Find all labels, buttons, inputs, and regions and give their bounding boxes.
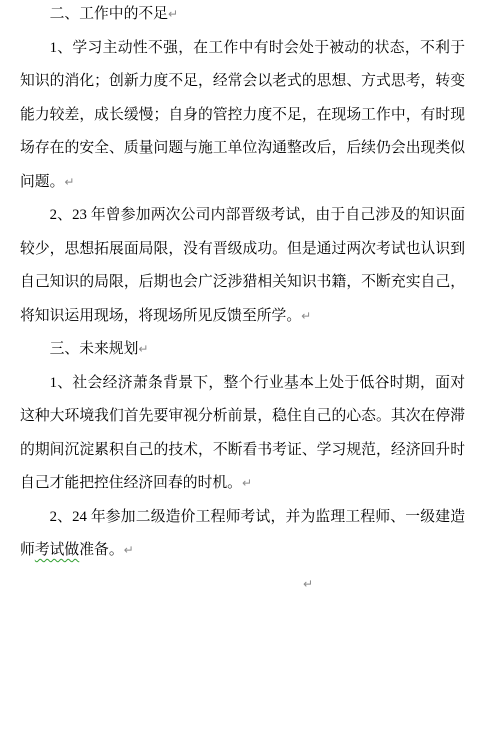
paragraph-mark-icon: ↵: [138, 342, 148, 356]
text-run: 1、学习主动性不强，在工作中有时会处于被动的状态，不利于知识的消化；创新力度不足…: [20, 40, 465, 190]
paragraph-plan-2: 2、24 年参加二级造价工程师考试，并为监理工程师、一级建造师考试做准备。↵: [20, 501, 465, 568]
paragraph-shortcoming-2: 2、23 年曾参加两次公司内部晋级考试，由于自己涉及的知识面较少，思想拓展面局限…: [20, 199, 465, 333]
text-run: 2、23 年曾参加两次公司内部晋级考试，由于自己涉及的知识面较少，思想拓展面局限…: [20, 207, 465, 324]
grammar-squiggle-text: 考试做: [35, 542, 79, 558]
paragraph-mark-icon: ↵: [168, 7, 178, 21]
paragraph-mark-icon: ↵: [124, 543, 134, 557]
document-page: 二、工作中的不足↵1、学习主动性不强，在工作中有时会处于被动的状态，不利于知识的…: [0, 0, 485, 743]
paragraph-mark-icon: ↵: [242, 476, 252, 490]
paragraph-mark-icon: ↵: [303, 577, 313, 591]
text-run: 二、工作中的不足: [50, 6, 168, 22]
paragraph-plan-1: 1、社会经济萧条背景下，整个行业基本上处于低谷时期，面对这种大环境我们首先要审视…: [20, 367, 465, 501]
paragraph-mark-icon: ↵: [301, 309, 311, 323]
section-heading-3: 三、未来规划↵: [20, 333, 465, 367]
paragraph-shortcoming-1: 1、学习主动性不强，在工作中有时会处于被动的状态，不利于知识的消化；创新力度不足…: [20, 32, 465, 200]
paragraph-mark-icon: ↵: [64, 175, 74, 189]
text-run: 1、社会经济萧条背景下，整个行业基本上处于低谷时期，面对这种大环境我们首先要审视…: [20, 375, 465, 492]
document-body: 二、工作中的不足↵1、学习主动性不强，在工作中有时会处于被动的状态，不利于知识的…: [0, 0, 485, 601]
section-heading-2: 二、工作中的不足↵: [20, 0, 465, 32]
text-run: 三、未来规划: [50, 341, 139, 357]
empty-paragraph: ↵: [20, 568, 465, 602]
text-run: 准备。: [79, 542, 123, 558]
